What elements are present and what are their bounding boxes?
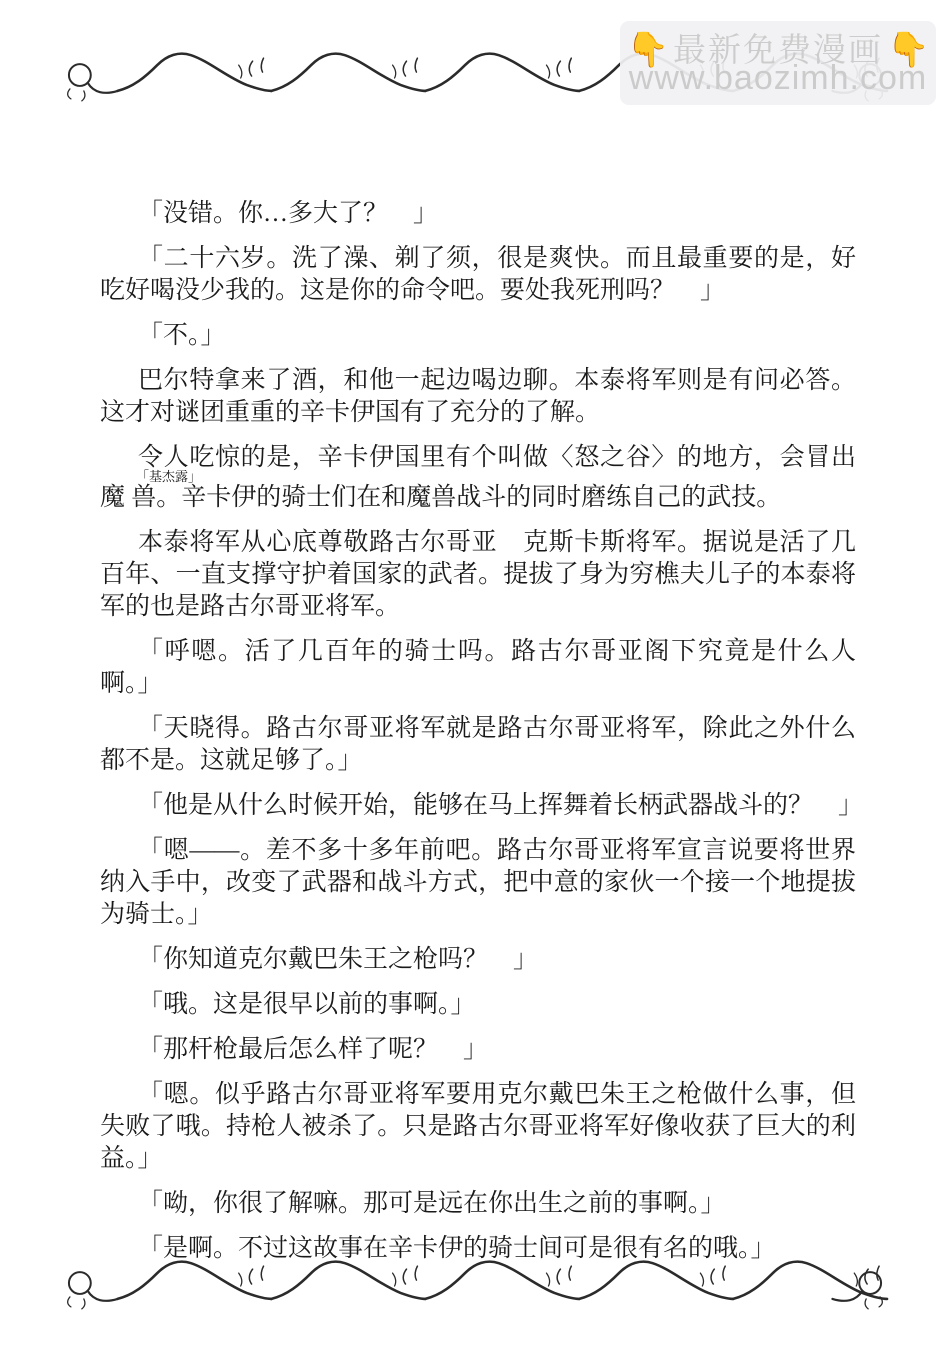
dialogue-line: 「天晓得。路古尔哥亚将军就是路古尔哥亚将军，除此之外什么都不是。这就足够了。」 [100,713,856,777]
narration-paragraph: 巴尔特拿来了酒，和他一起边喝边聊。本泰将军则是有问必答。这才对谜团重重的辛卡伊国… [100,365,856,429]
dialogue-line: 「哦。这是很早以前的事啊。」 [100,989,856,1021]
novel-text-block: 「没错。你…多大了？ 」 「二十六岁。洗了澡、剃了须，很是爽快。而且最重要的是，… [100,198,856,1278]
ruby-annotation: 「基杰露」 [98,470,201,483]
dialogue-line: 「不。」 [100,320,856,352]
dialogue-line: 「没错。你…多大了？ 」 [100,198,856,230]
dialogue-line: 「嗯。似乎路古尔哥亚将军要用克尔戴巴朱王之枪做什么事，但失败了哦。持枪人被杀了。… [100,1079,856,1175]
ruby-annotated-word: 「基杰露」魔 兽 [100,484,156,511]
bottom-flourish-border [58,1252,892,1320]
ruby-pre-text: 令人吃惊的是，辛卡伊国里有个叫做〈怒之谷〉的地方，会冒出 [138,444,856,471]
ruby-post-text: 。辛卡伊的骑士们在和魔兽战斗的同时磨练自己的武技。 [156,484,781,511]
dialogue-line: 「呦，你很了解嘛。那可是远在你出生之前的事啊。」 [100,1188,856,1220]
dialogue-line: 「他是从什么时候开始，能够在马上挥舞着长柄武器战斗的？ 」 [100,790,856,822]
narration-paragraph: 本泰将军从心底尊敬路古尔哥亚 克斯卡斯将军。据说是活了几百年、一直支撑守护着国家… [100,527,856,623]
dialogue-line: 「嗯——。差不多十多年前吧。路古尔哥亚将军宣言说要将世界纳入手中，改变了武器和战… [100,835,856,931]
watermark-url: www.baozimh.com [629,62,927,94]
narration-paragraph-with-ruby: 令人吃惊的是，辛卡伊国里有个叫做〈怒之谷〉的地方，会冒出「基杰露」魔 兽。辛卡伊… [100,438,856,518]
dialogue-line: 「那杆枪最后怎么样了呢？ 」 [100,1034,856,1066]
novel-page: { "watermark": { "line1_emoji_left": "👇"… [0,0,952,1360]
dialogue-line: 「呼嗯。活了几百年的骑士吗。路古尔哥亚阁下究竟是什么人啊。」 [100,636,856,700]
dialogue-line: 「二十六岁。洗了澡、剃了须，很是爽快。而且最重要的是，好吃好喝没少我的。这是你的… [100,243,856,307]
dialogue-line: 「你知道克尔戴巴朱王之枪吗？ 」 [100,944,856,976]
watermark-overlay: 👇 最新免费漫画 👇 www.baozimh.com [620,21,936,105]
ruby-base: 魔 兽 [100,484,156,511]
scroll-flourish-icon [58,1252,892,1320]
